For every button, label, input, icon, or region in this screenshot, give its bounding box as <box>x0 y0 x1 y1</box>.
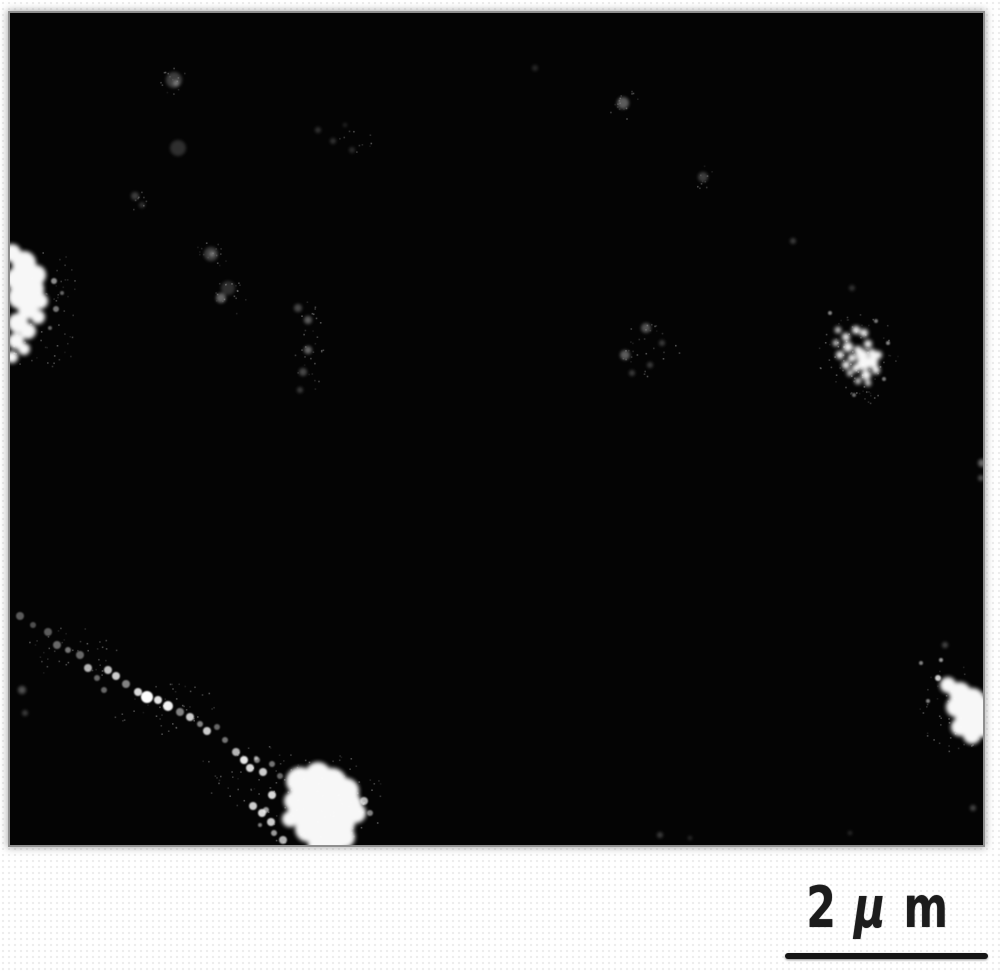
right-edge-blob <box>940 677 983 744</box>
micrograph-canvas <box>10 13 983 845</box>
scale-mu-symbol: μ <box>854 875 885 941</box>
scale-value: 2 <box>806 875 836 941</box>
faint-spots <box>18 65 983 840</box>
right-edge-blob-satellites <box>919 658 943 703</box>
particle-chain <box>16 612 287 844</box>
scale-bar-label: 2μm <box>806 880 948 937</box>
left-edge-blob <box>10 244 48 363</box>
speckle-halos <box>10 68 983 845</box>
scale-bar-line <box>785 953 988 959</box>
page-root: 2μm <box>0 0 1000 971</box>
micrograph-image <box>10 13 983 845</box>
starburst-cluster <box>833 326 882 386</box>
bottom-center-blob <box>282 762 366 845</box>
scale-unit: m <box>903 875 948 941</box>
